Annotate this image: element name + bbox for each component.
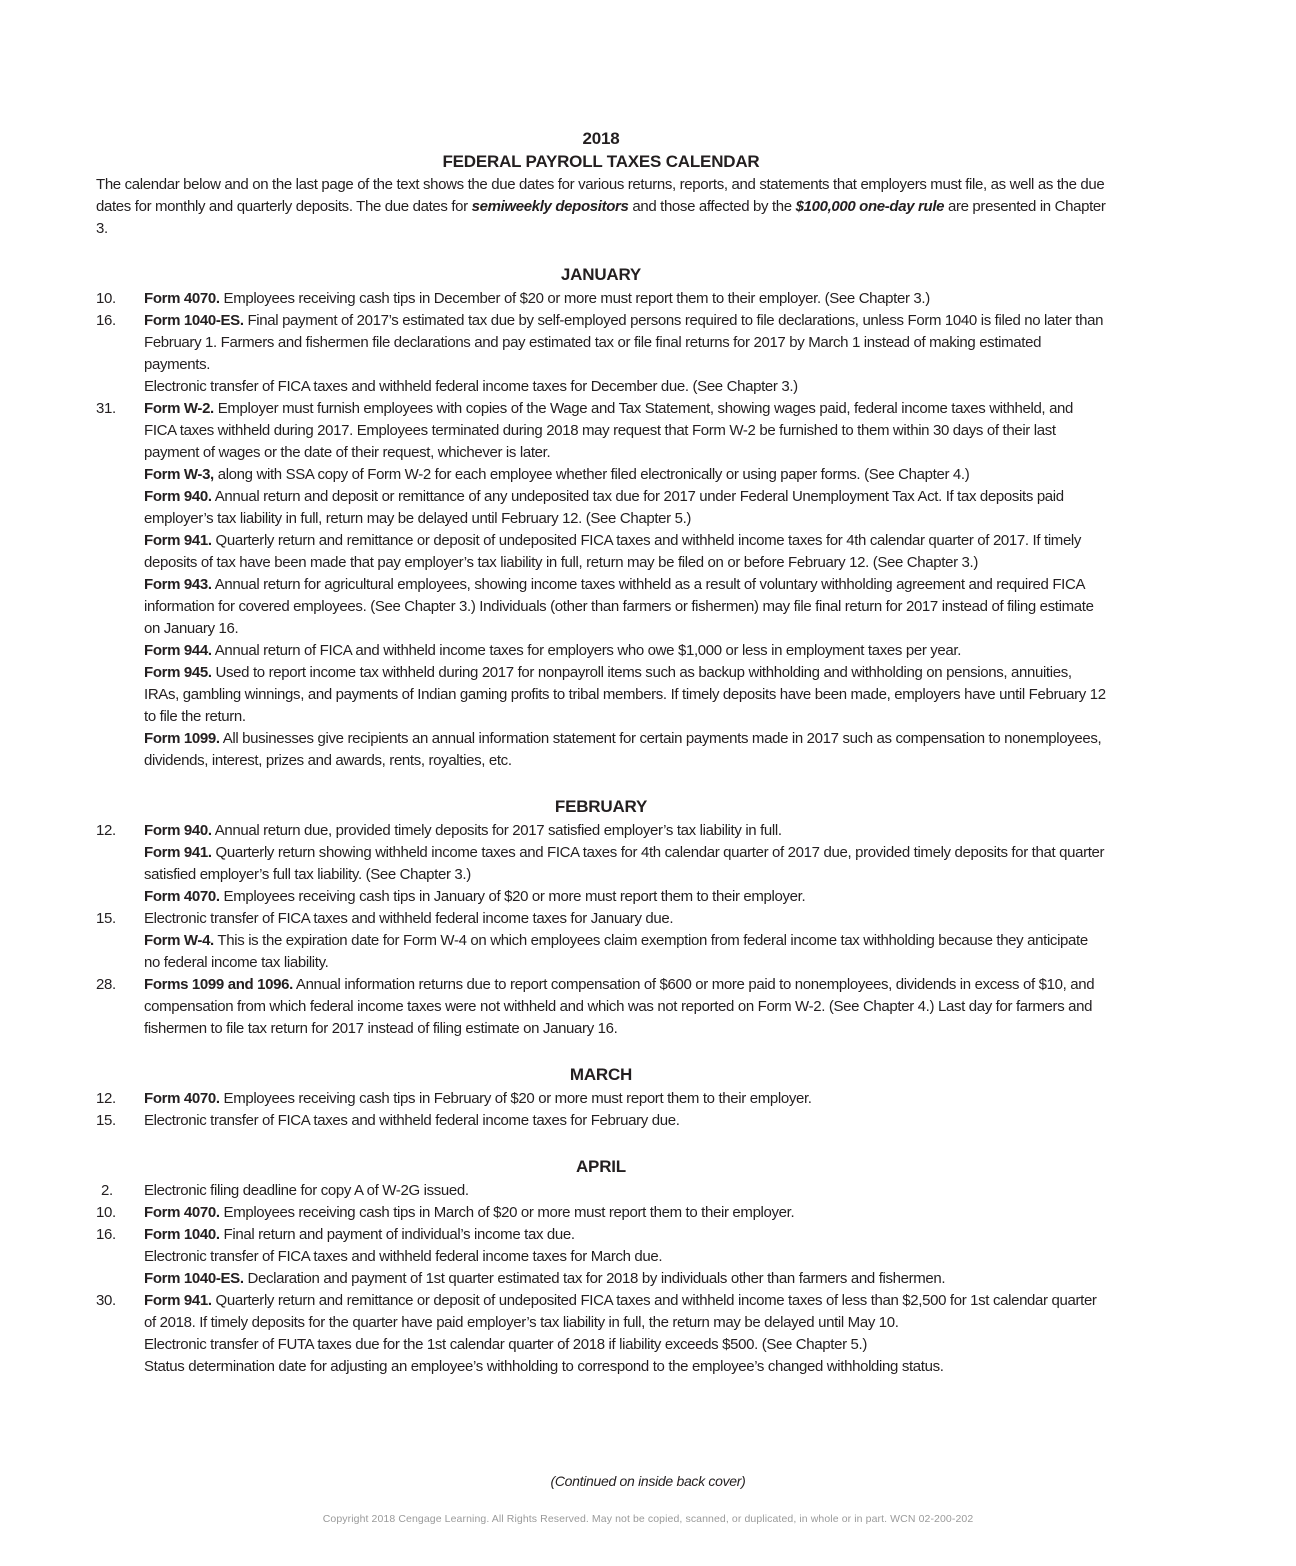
entry-text: Form 4070. Employees receiving cash tips… (144, 288, 1106, 310)
entry-text: Electronic transfer of FICA taxes and wi… (144, 1110, 1106, 1132)
entry-text: Form 944. Annual return of FICA and with… (144, 640, 1106, 662)
intro-emphasis-one-day-rule: $100,000 one-day rule (796, 198, 945, 215)
entry-description: Electronic transfer of FUTA taxes due fo… (144, 1336, 867, 1353)
entry-description: Electronic transfer of FICA taxes and wi… (144, 910, 673, 927)
calendar-entry: 10.Form 4070. Employees receiving cash t… (96, 288, 1106, 310)
entry-description: All businesses give recipients an annual… (144, 730, 1101, 769)
entry-day: 10. (96, 1202, 144, 1224)
entry-description: Quarterly return and remittance or depos… (144, 1292, 1097, 1331)
entry-text: Form 1099. All businesses give recipient… (144, 728, 1106, 772)
entry-description: Electronic transfer of FICA taxes and wi… (144, 378, 798, 395)
entry-description: along with SSA copy of Form W-2 for each… (214, 466, 969, 483)
calendar-page: 2018 FEDERAL PAYROLL TAXES CALENDAR The … (96, 128, 1106, 1378)
entry-day (96, 1356, 144, 1378)
calendar-entry: 15.Electronic transfer of FICA taxes and… (96, 908, 1106, 930)
entry-text: Electronic transfer of FICA taxes and wi… (144, 376, 1106, 398)
entry-form-label: Form 1099. (144, 730, 220, 747)
entry-form-label: Form 1040. (144, 1226, 220, 1243)
entry-description: Annual return due, provided timely depos… (212, 822, 782, 839)
calendar-entry: 16.Form 1040-ES. Final payment of 2017’s… (96, 310, 1106, 376)
calendar-entry: 10.Form 4070. Employees receiving cash t… (96, 1202, 1106, 1224)
calendar-entry: Electronic transfer of FUTA taxes due fo… (96, 1334, 1106, 1356)
calendar-entry: 2.Electronic filing deadline for copy A … (96, 1180, 1106, 1202)
entry-form-label: Form W-4. (144, 932, 214, 949)
entry-text: Electronic filing deadline for copy A of… (144, 1180, 1106, 1202)
entry-day: 15. (96, 1110, 144, 1132)
entry-form-label: Form W-2. (144, 400, 214, 417)
entry-text: Form 940. Annual return and deposit or r… (144, 486, 1106, 530)
page-title: FEDERAL PAYROLL TAXES CALENDAR (96, 151, 1106, 173)
calendar-entry: Status determination date for adjusting … (96, 1356, 1106, 1378)
entry-day (96, 886, 144, 908)
entry-description: Used to report income tax withheld durin… (144, 664, 1106, 725)
month-heading-march: MARCH (96, 1064, 1106, 1086)
entry-form-label: Form 4070. (144, 1090, 220, 1107)
months-container: JANUARY10.Form 4070. Employees receiving… (96, 264, 1106, 1378)
entry-description: Employees receiving cash tips in January… (220, 888, 806, 905)
entry-form-label: Form 941. (144, 844, 212, 861)
calendar-entry: 31.Form W-2. Employer must furnish emplo… (96, 398, 1106, 464)
entry-description: Quarterly return and remittance or depos… (144, 532, 1081, 571)
entry-text: Status determination date for adjusting … (144, 1356, 1106, 1378)
entry-description: Employer must furnish employees with cop… (144, 400, 1073, 461)
month-heading-april: APRIL (96, 1156, 1106, 1178)
calendar-entry: Form W-4. This is the expiration date fo… (96, 930, 1106, 974)
copyright-notice: Copyright 2018 Cengage Learning. All Rig… (0, 1513, 1296, 1525)
entry-form-label: Form 941. (144, 532, 212, 549)
entry-day: 16. (96, 1224, 144, 1246)
entry-day: 12. (96, 1088, 144, 1110)
entry-text: Form 941. Quarterly return showing withh… (144, 842, 1106, 886)
entry-text: Form W-4. This is the expiration date fo… (144, 930, 1106, 974)
calendar-entry: Form W-3, along with SSA copy of Form W-… (96, 464, 1106, 486)
entry-form-label: Form 940. (144, 488, 212, 505)
entry-day: 15. (96, 908, 144, 930)
entry-text: Form 4070. Employees receiving cash tips… (144, 1088, 1106, 1110)
calendar-entry: Form 944. Annual return of FICA and with… (96, 640, 1106, 662)
intro-emphasis-semiweekly: semiweekly depositors (472, 198, 629, 215)
calendar-year: 2018 (96, 128, 1106, 150)
entry-description: Employees receiving cash tips in Decembe… (220, 290, 930, 307)
calendar-entry: Form 943. Annual return for agricultural… (96, 574, 1106, 640)
month-heading-february: FEBRUARY (96, 796, 1106, 818)
entry-text: Forms 1099 and 1096. Annual information … (144, 974, 1106, 1040)
entry-description: Employees receiving cash tips in Februar… (220, 1090, 812, 1107)
entry-text: Electronic transfer of FUTA taxes due fo… (144, 1334, 1106, 1356)
calendar-entry: Electronic transfer of FICA taxes and wi… (96, 376, 1106, 398)
entry-day: 10. (96, 288, 144, 310)
entry-text: Form 1040-ES. Declaration and payment of… (144, 1268, 1106, 1290)
entry-text: Form 4070. Employees receiving cash tips… (144, 886, 1106, 908)
entry-description: This is the expiration date for Form W-4… (144, 932, 1088, 971)
entry-description: Final payment of 2017’s estimated tax du… (144, 312, 1103, 373)
entry-form-label: Form 1040-ES. (144, 1270, 244, 1287)
calendar-entry: 16.Form 1040. Final return and payment o… (96, 1224, 1106, 1246)
intro-text-2: and those affected by the (629, 198, 796, 215)
calendar-entry: Electronic transfer of FICA taxes and wi… (96, 1246, 1106, 1268)
entry-form-label: Form W-3, (144, 466, 214, 483)
intro-paragraph: The calendar below and on the last page … (96, 174, 1106, 240)
entry-day: 30. (96, 1290, 144, 1334)
entry-text: Form 4070. Employees receiving cash tips… (144, 1202, 1106, 1224)
entry-form-label: Form 4070. (144, 290, 220, 307)
entry-day (96, 662, 144, 728)
entry-text: Form W-2. Employer must furnish employee… (144, 398, 1106, 464)
entry-form-label: Form 4070. (144, 888, 220, 905)
entry-description: Employees receiving cash tips in March o… (220, 1204, 795, 1221)
entry-description: Electronic filing deadline for copy A of… (144, 1182, 469, 1199)
entry-text: Form 940. Annual return due, provided ti… (144, 820, 1106, 842)
entry-day (96, 1246, 144, 1268)
calendar-entry: Form 941. Quarterly return and remittanc… (96, 530, 1106, 574)
entry-text: Form 1040. Final return and payment of i… (144, 1224, 1106, 1246)
entry-text: Form 1040-ES. Final payment of 2017’s es… (144, 310, 1106, 376)
calendar-entry: 15.Electronic transfer of FICA taxes and… (96, 1110, 1106, 1132)
calendar-entry: 12.Form 4070. Employees receiving cash t… (96, 1088, 1106, 1110)
entry-day (96, 640, 144, 662)
calendar-entry: Form 1099. All businesses give recipient… (96, 728, 1106, 772)
entry-day (96, 728, 144, 772)
entry-day (96, 1334, 144, 1356)
entry-description: Annual return and deposit or remittance … (144, 488, 1064, 527)
entry-description: Declaration and payment of 1st quarter e… (244, 1270, 946, 1287)
entry-day (96, 842, 144, 886)
entry-text: Electronic transfer of FICA taxes and wi… (144, 908, 1106, 930)
entry-text: Form 941. Quarterly return and remittanc… (144, 1290, 1106, 1334)
entry-form-label: Form 941. (144, 1292, 212, 1309)
calendar-entry: 30.Form 941. Quarterly return and remitt… (96, 1290, 1106, 1334)
entry-description: Status determination date for adjusting … (144, 1358, 944, 1375)
entry-text: Form 945. Used to report income tax with… (144, 662, 1106, 728)
entry-text: Electronic transfer of FICA taxes and wi… (144, 1246, 1106, 1268)
calendar-entry: Form 940. Annual return and deposit or r… (96, 486, 1106, 530)
continued-note: (Continued on inside back cover) (0, 1473, 1296, 1489)
calendar-entry: 28.Forms 1099 and 1096. Annual informati… (96, 974, 1106, 1040)
entry-day: 31. (96, 398, 144, 464)
entry-day (96, 486, 144, 530)
calendar-entry: 12.Form 940. Annual return due, provided… (96, 820, 1106, 842)
entry-description: Electronic transfer of FICA taxes and wi… (144, 1112, 680, 1129)
entry-form-label: Form 4070. (144, 1204, 220, 1221)
entry-day (96, 930, 144, 974)
entry-day (96, 464, 144, 486)
entry-day (96, 530, 144, 574)
entry-form-label: Form 945. (144, 664, 212, 681)
entry-description: Annual return of FICA and withheld incom… (212, 642, 961, 659)
calendar-entry: Form 1040-ES. Declaration and payment of… (96, 1268, 1106, 1290)
calendar-entry: Form 4070. Employees receiving cash tips… (96, 886, 1106, 908)
entry-description: Quarterly return showing withheld income… (144, 844, 1104, 883)
entry-description: Annual return for agricultural employees… (144, 576, 1094, 637)
entry-form-label: Form 944. (144, 642, 212, 659)
calendar-entry: Form 941. Quarterly return showing withh… (96, 842, 1106, 886)
entry-day (96, 376, 144, 398)
entry-description: Final return and payment of individual’s… (220, 1226, 575, 1243)
entry-form-label: Form 1040-ES. (144, 312, 244, 329)
entry-day: 2. (96, 1180, 144, 1202)
entry-text: Form 943. Annual return for agricultural… (144, 574, 1106, 640)
month-heading-january: JANUARY (96, 264, 1106, 286)
entry-day: 28. (96, 974, 144, 1040)
entry-text: Form W-3, along with SSA copy of Form W-… (144, 464, 1106, 486)
entry-text: Form 941. Quarterly return and remittanc… (144, 530, 1106, 574)
entry-day: 12. (96, 820, 144, 842)
entry-description: Electronic transfer of FICA taxes and wi… (144, 1248, 662, 1265)
entry-day: 16. (96, 310, 144, 376)
entry-form-label: Form 940. (144, 822, 212, 839)
entry-day (96, 1268, 144, 1290)
entry-form-label: Forms 1099 and 1096. (144, 976, 293, 993)
entry-form-label: Form 943. (144, 576, 212, 593)
calendar-entry: Form 945. Used to report income tax with… (96, 662, 1106, 728)
entry-day (96, 574, 144, 640)
